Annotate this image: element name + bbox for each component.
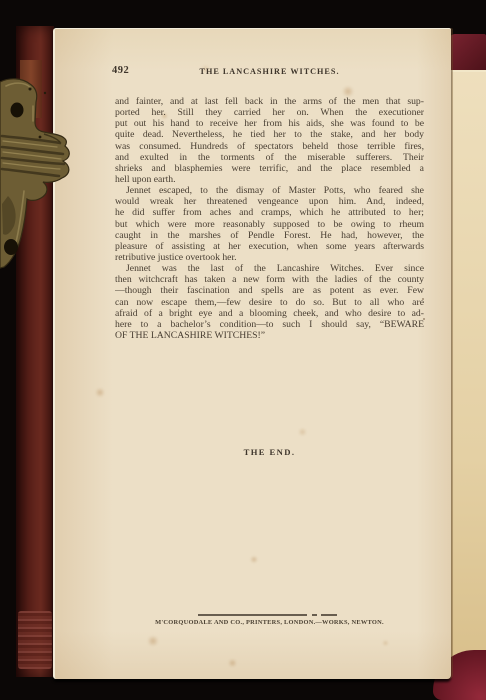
text-line: but which were more reasonably supposed … (115, 219, 424, 230)
text-line: —though their fascination and spells are… (115, 285, 424, 296)
printer-imprint: M'CORQUODALE AND CO., PRINTERS, LONDON.—… (115, 619, 424, 626)
text-line: here to a bachelor’s condition—to such I… (115, 319, 424, 330)
running-title: THE LANCASHIRE WITCHES. (115, 67, 424, 76)
text-line: caught in the marshes of Pendle Forest. … (115, 230, 424, 241)
text-line: afraid of a bright eye and a blooming ch… (115, 308, 424, 319)
text-line: he did suffer from aches and cramps, whi… (115, 207, 424, 218)
the-end-label: THE END. (115, 447, 424, 457)
body-text: and fainter, and at last fell back in th… (115, 96, 424, 341)
foxing-spot (382, 640, 389, 646)
text-line: shrieks and blasphemies were terrific, a… (115, 163, 424, 174)
text-line: OF THE LANCASHIRE WITCHES!” (115, 330, 424, 341)
book-cover-corner-top (449, 34, 486, 74)
text-line: ported her. Still they carried her on. W… (115, 107, 424, 118)
book-photo: 492 THE LANCASHIRE WITCHES. and fainter,… (0, 0, 486, 700)
text-line: pleasure of assisting at her execution, … (115, 241, 424, 252)
text-line: put out his hand to receive her from his… (115, 118, 424, 129)
foxing-spot (147, 636, 159, 646)
text-line: and fainter, and at last fell back in th… (115, 96, 424, 107)
text-line: Jennet was the last of the Lancashire Wi… (115, 263, 424, 274)
book-page: 492 THE LANCASHIRE WITCHES. and fainter,… (53, 28, 451, 679)
page-header: 492 THE LANCASHIRE WITCHES. (115, 65, 424, 78)
text-line: Jennet escaped, to the dismay of Master … (115, 185, 424, 196)
foxing-spot (95, 388, 105, 397)
text-line: and exulted in the torments of the miser… (115, 152, 424, 163)
text-line: was consumed. Hundreds of spectators beh… (115, 141, 424, 152)
printer-rule (198, 614, 337, 616)
foxing-spot (298, 428, 307, 436)
text-line: quite dead. Nevertheless, he tied her to… (115, 129, 424, 140)
text-line: can now escape them,—few desire to do so… (115, 297, 424, 308)
facing-page-edge (449, 70, 486, 664)
text-line: hell upon earth. (115, 174, 424, 185)
foxing-spot (250, 556, 258, 563)
text-line: then witchcraft has taken a new form wit… (115, 274, 424, 285)
text-line: retributive justice overtook her. (115, 252, 424, 263)
foxing-spot (228, 659, 237, 667)
text-line: would wreak her threatened vengeance upo… (115, 196, 424, 207)
book-clasp (0, 76, 74, 272)
